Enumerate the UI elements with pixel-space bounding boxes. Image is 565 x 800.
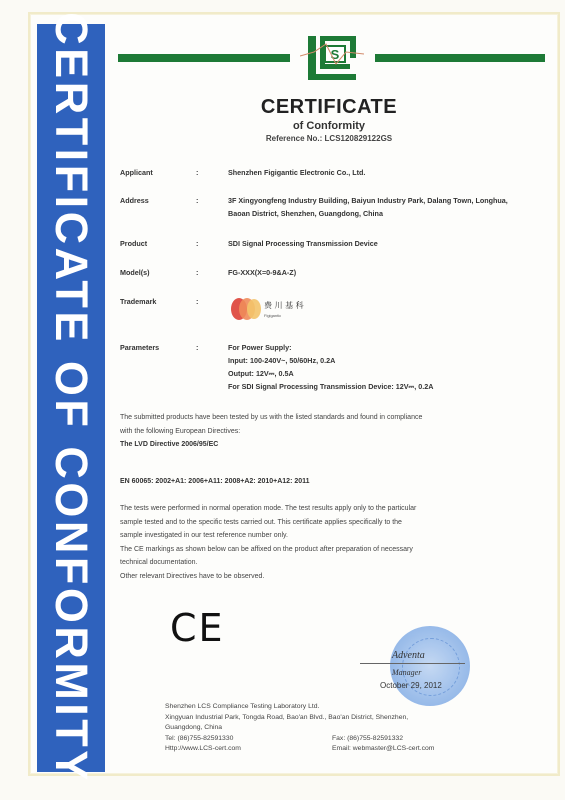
header-bar-right [375,54,545,62]
footer-email: Email: webmaster@LCS-cert.com [332,744,434,755]
field-value: Shenzhen Figigantic Electronic Co., Ltd. [228,166,548,179]
compliance-statement: The submitted products have been tested … [120,411,540,452]
directive: The LVD Directive 2006/95/EC [120,438,540,452]
signature-line [360,663,465,664]
parameter-line: For Power Supply: [228,341,548,354]
field-value: 3F Xingyongfeng Industry Building, Baiyu… [228,194,528,220]
certificate-subtitle: of Conformity [100,120,558,132]
field-label: Product [120,237,200,250]
parameter-line: Input: 100-240V~, 50/60Hz, 0.2A [228,354,548,367]
trademark-logo-icon: 费 川 基 科 Figigantic [230,296,330,322]
side-band-text: CERTIFICATE OF CONFORMITY [45,12,97,784]
field-label: Parameters [120,341,200,354]
field-value: SDI Signal Processing Transmission Devic… [228,237,548,250]
signature-title: Manager [392,668,421,677]
footer-contact: Fax: (86)755-82591332 Email: webmaster@L… [332,734,434,755]
field-label: Trademark [120,295,200,308]
notes: The tests were performed in normal opera… [120,502,540,583]
ce-mark: CE [170,606,225,650]
signature: Adventa [392,650,425,661]
header-bar-left [118,54,290,62]
signature-date: October 29, 2012 [380,681,442,690]
svg-text:S: S [331,47,340,62]
parameter-line: Output: 12V⎓, 0.5A [228,367,548,380]
reference-number: Reference No.: LCS120829122GS [100,134,558,143]
field-label: Address [120,194,200,207]
field-value: FG-XXX(X=0-9&A-Z) [228,266,548,279]
parameters-list: For Power Supply: Input: 100-240V~, 50/6… [228,341,548,393]
footer-fax: Fax: (86)755-82591332 [332,734,434,745]
parameter-line: For SDI Signal Processing Transmission D… [228,380,548,393]
lcs-logo-icon: S [300,34,364,86]
svg-text:费 川 基 科: 费 川 基 科 [264,300,304,310]
field-label: Applicant [120,166,200,179]
standard: EN 60065: 2002+A1: 2006+A11: 2008+A2: 20… [120,475,540,489]
svg-text:Figigantic: Figigantic [264,313,281,318]
certificate-title: CERTIFICATE [100,96,558,119]
official-stamp [390,626,470,706]
field-label: Model(s) [120,266,200,279]
